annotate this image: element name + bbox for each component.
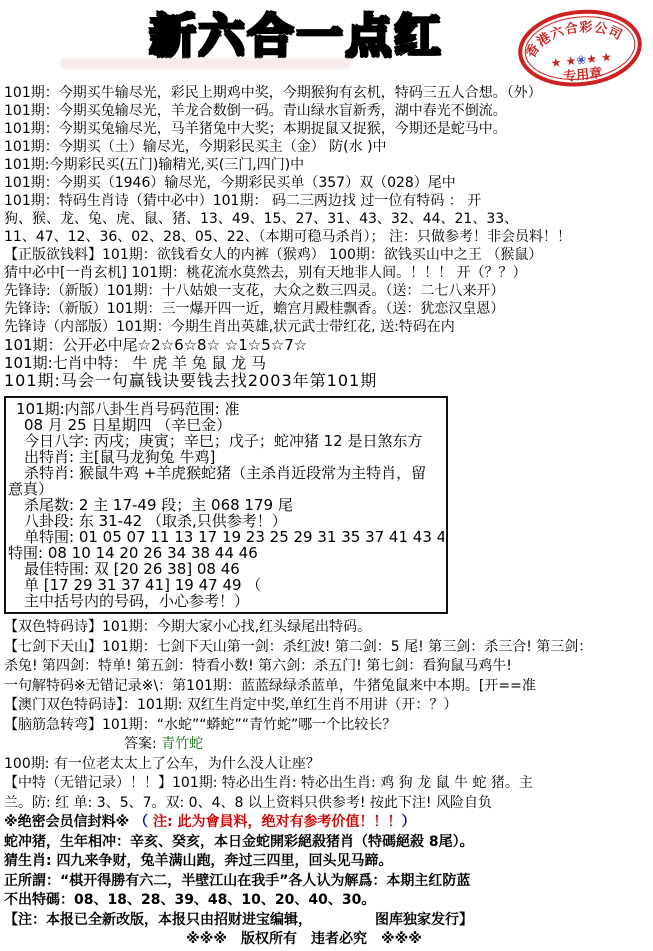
seven-zodiac-line: 101期:七肖中特： 牛 虎 羊 兔 鼠 龙 马 [4, 354, 653, 372]
saying-line: 正所謂：“棋开得勝有六二，半壁江山在我手”各人认为解爲：本期主红防蓝 [4, 872, 653, 892]
tip-line: 101期：今期买兔输尽光，羊龙合数倒一码。青山绿水盲新秀，湖中春光不倒流。 [4, 102, 653, 120]
company-seal: 香港六合彩公司 ★ ★❀★ ★ 专用章 [513, 2, 649, 95]
one-sentence-line: 一句解特码※无错记录※\：第101期：蓝蓝绿绿杀蓝单，牛猪兔鼠来中本期。[开==… [4, 677, 653, 697]
pioneer-poem-line: 先锋诗（内部版）101期：今期生肖出英雄,状元武士带红花, 送:特码在内 [4, 318, 653, 336]
bagua-info-box: 101期:内部八卦生肖号码范围: 准 08 月 25 日星期四 （辛巳金） 今日… [4, 396, 448, 614]
box-line: 单 [17 29 31 37 41] 19 47 49 （ [8, 577, 444, 593]
macau-poem-line: 【澳门双色特码诗】：101期: 双红生肖定中奖,单红生肖不用讲（开：？） [4, 696, 653, 716]
bottom-section: 【双色特码诗】101期：今期大家小心找,红头绿尾出特码。 【七剑下天山】101期… [4, 618, 653, 950]
box-line: 101期:内部八卦生肖号码范围: 准 [8, 401, 444, 417]
tip-line: 101期：今期买（土）输尽光，今期彩民买主（金） 防(水 )中 [4, 138, 653, 156]
newspaper-page: 新六合一点红 香港六合彩公司 ★ ★❀★ ★ 专用章 101期：今期买牛输尽光，… [0, 0, 653, 951]
lucky-tails-line: 101期：公开必中尾☆2☆6☆8☆ ☆1☆5☆7☆ [4, 336, 653, 354]
page-title: 新六合一点红 [0, 8, 593, 64]
member-note-close-paren: ） [401, 814, 415, 830]
box-even-range-line: 特围: 08 10 14 20 26 34 38 44 46 [8, 545, 444, 561]
zodiac-number-list: 狗、猴、龙、兔、虎、鼠、猪、13、49、15、27、31、43、32、44、21… [4, 210, 653, 228]
riddle-line: 100期: 有一位老太太上了公车，为什么没人让座？ [4, 755, 653, 775]
zhongte-line: 【中特（无错记录）！！】101期: 特必出生肖: 特必出生肖: 鸡 狗 龙 鼠 … [4, 774, 653, 794]
one-zodiac-hint-line: 猜中必中[一肖玄机] 101期：桃花流水莫然去，别有天地非人间。！！！ 开（？？… [4, 264, 653, 282]
zodiac-number-list: 11、47、12、36、02、28、05、22、（本期可稳马杀肖）； 注：只做参… [4, 228, 653, 246]
box-odd-range-line: 单特围: 01 05 07 11 13 17 19 23 25 29 31 35… [8, 529, 444, 545]
seven-swords-line: 杀兔! 第四剑：特单! 第五剑：特看小数! 第六剑：杀五门! 第七剑：看狗鼠马鸡… [4, 657, 653, 677]
box-line: 出特肖: 主[鼠马龙狗兔 牛鸡] [8, 449, 444, 465]
guess-zodiac-line: 猜生肖: 四九来争财，兔羊满山跑，奔过三四里，回头见马蹄。 [4, 852, 653, 872]
box-line: 主中括号内的号码，小心参考！） [8, 593, 444, 609]
box-line: 八卦段: 东 31-42 （取杀,只供参考！） [8, 513, 444, 529]
seal-stars-right: ★ ★ [586, 50, 613, 67]
money-poem-line: 【正版欲钱料】101期：欲钱看女人的内裤（猴鸡） 100期：欲钱买山中之王 （猴… [4, 246, 653, 264]
copyright-footer: ※※※ 版权所有 违者必究 ※※※ [4, 930, 604, 950]
winning-verse-line: 101期:马会一句赢钱诀要钱去找2003年第101期 [4, 372, 653, 390]
tip-line: 101期：今期买（1946）输尽光，今期彩民买单（357）双（028）尾中 [4, 174, 653, 192]
tip-line: 101期：今期买牛输尽光，彩民上期鸡中奖，今期猴狗有玄机，特码三五人合想。（外） [4, 84, 653, 102]
member-note-line: ※绝密会员信封料※ （ 注: 此为會員料，绝对有参考价值！！！） [4, 813, 653, 833]
masthead: 新六合一点红 香港六合彩公司 ★ ★❀★ ★ 专用章 [0, 8, 653, 80]
zhongte-line: 兰。防: 红 单: 3、5、7。双: 0、4、8 以上资料只供参考! 按此下注!… [4, 794, 653, 814]
publisher-note-line: 【注：本报已全新改版，本报只由招财进宝编辑， 图库独家发行】 [4, 911, 653, 931]
seal-stars-left: ★ ★ [550, 54, 577, 71]
riddle-line: 【脑筋急转弯】101期：“水蛇”“蟒蛇”“青竹蛇”哪一个比较长？ [4, 716, 653, 736]
member-note-body: 注: 此为會員料，绝对有参考价值！！！ [153, 814, 401, 830]
answer-label: 答案: [124, 736, 161, 752]
two-color-poem-line: 【双色特码诗】101期：今期大家小心找,红头绿尾出特码。 [4, 618, 653, 638]
answer-text: 青竹蛇 [161, 736, 203, 752]
tip-line: 101期:今期彩民买(五门)输精光,买(三门,四门)中 [4, 156, 653, 174]
box-line: 杀尾数: 2 主 17-49 段；主 068 179 尾 [8, 497, 444, 513]
excluded-numbers-line: 不出特碼：08、18、28、39、48、10、20、40、30。 [4, 891, 653, 911]
pioneer-poem-line: 先锋诗:（新版）101期：十八姑娘一支花，大众之数三四灵。（送：二七八来开） [4, 282, 653, 300]
pioneer-poem-line: 先锋诗:（新版）101期：三一爆开四一近，蟾宫月殿桂飘香。（送：犹恋汉皇恩） [4, 300, 653, 318]
box-line: 意真） [8, 481, 444, 497]
zodiac-poem-line: 101期：特码生肖诗（猜中必中）101期： 码二三两边找 过一位有特码 ： 开 [4, 192, 653, 210]
snake-clash-line: 蛇冲猪，生年相冲：辛亥、癸亥，本日金蛇開彩絕殺猪肖（特碼絕殺 8尾）。 [4, 833, 653, 853]
seven-swords-line: 【七剑下天山】101期：七剑下天山第一剑：杀红波! 第二剑：5 尾! 第三剑：杀… [4, 638, 653, 658]
member-note-open-paren: （ [134, 814, 153, 830]
member-note-prefix: ※绝密会员信封料※ [4, 814, 134, 830]
faint-watermark [60, 58, 350, 69]
riddle-answer-line: 答案: 青竹蛇 [4, 735, 653, 755]
box-date-line: 08 月 25 日星期四 （辛巳金） [8, 417, 444, 433]
tip-line: 101期：今期买兔输尽光，马羊猪兔中大奖；本期捉鼠又捉猴，今期还是蛇马中。 [4, 120, 653, 138]
document-body: 101期：今期买牛输尽光，彩民上期鸡中奖，今期猴狗有玄机，特码三五人合想。（外）… [4, 84, 653, 950]
box-best-range-line: 最佳特围: 双 [20 26 38] 08 46 [8, 561, 444, 577]
box-line: 今日八字: 丙戌；庚寅；辛巳；戊子；蛇冲猪 12 是日煞东方 [8, 433, 444, 449]
box-line: 杀特肖: 猴鼠牛鸡 +羊虎猴蛇猪（主杀肖近段常为主特肖，留 [8, 465, 444, 481]
